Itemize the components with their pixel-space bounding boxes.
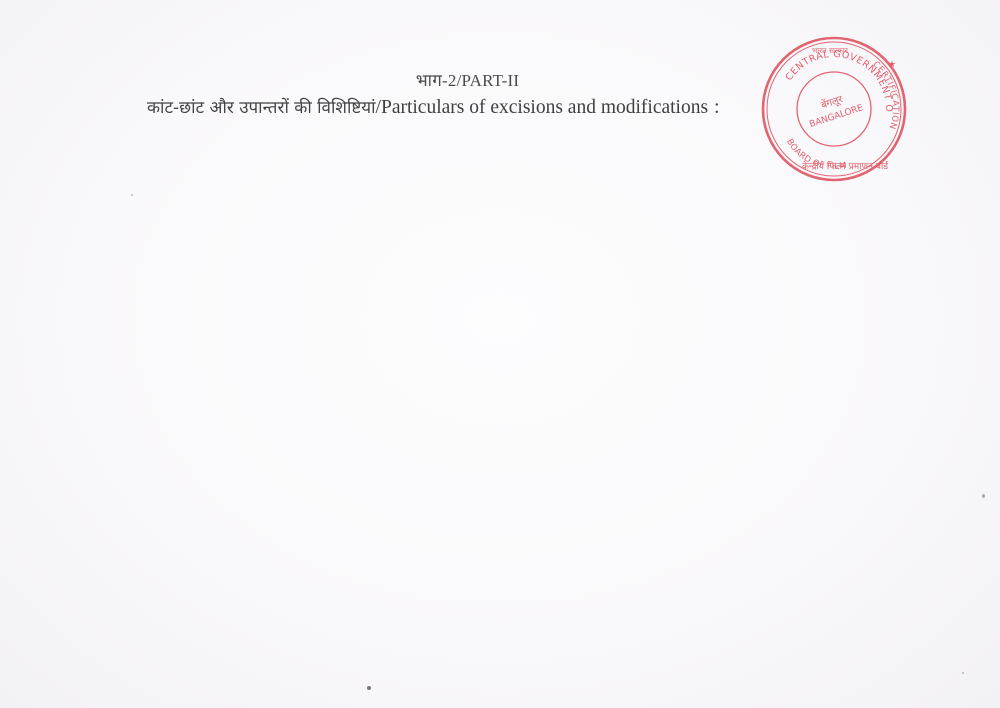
stamp-seal-icon: CENTRAL GOVERNMENT OF INDIA CERTIFICATIO… [760,35,908,183]
particulars-hindi: कांट-छांट और उपान्तरों की विशिष्टियां [147,98,376,118]
particulars-colon: : [714,97,719,118]
paper-speck [962,672,964,674]
svg-text:बेंगलूर: बेंगलूर [819,93,845,112]
particulars-english: Particulars of excisions and modificatio… [381,97,708,118]
particulars-heading: कांट-छांट और उपान्तरों की विशिष्टियां/Pa… [147,95,719,119]
svg-text:★: ★ [888,60,896,70]
svg-text:BANGALORE: BANGALORE [808,103,865,130]
paper-speck [131,194,133,196]
paper-speck [367,686,371,690]
cbfc-bangalore-stamp: CENTRAL GOVERNMENT OF INDIA CERTIFICATIO… [760,35,908,183]
paper-speck [982,494,985,498]
document-page: भाग-2/PART-II कांट-छांट और उपान्तरों की … [0,0,1000,708]
svg-text:केन्द्रीय फिल्म प्रमाणन बोर्ड: केन्द्रीय फिल्म प्रमाणन बोर्ड [802,160,889,172]
svg-text:भारत सरकार: भारत सरकार [812,46,849,55]
